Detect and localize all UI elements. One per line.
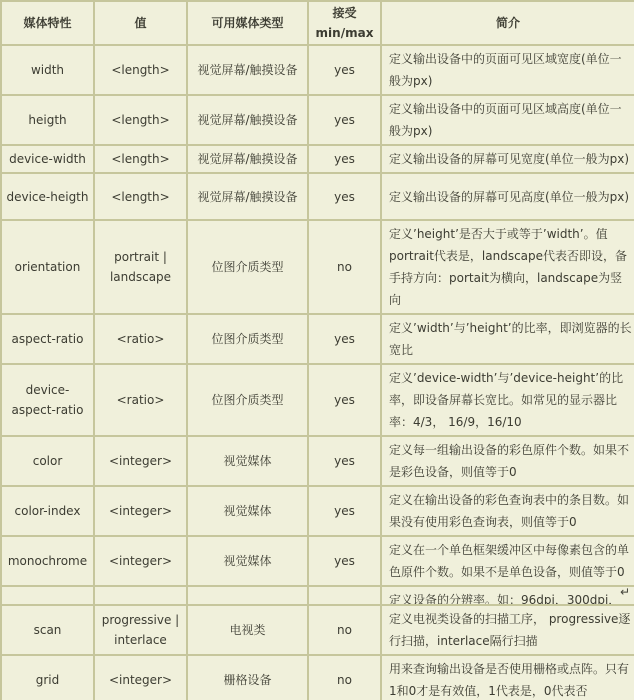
cell-description: 定义每一组输出设备的彩色原件个数。如果不是彩色设备，则值等于0 bbox=[381, 436, 634, 486]
cell-media-type: 位图介质类型 bbox=[187, 220, 308, 314]
cell-description: 定义输出设备的屏幕可见高度(单位一般为px) bbox=[381, 173, 634, 220]
column-header-value: 值 bbox=[94, 1, 187, 45]
cell-description: 定义输出设备中的页面可见区域宽度(单位一般为px) bbox=[381, 45, 634, 95]
media-features-table: 媒体特性 值 可用媒体类型 接受 min/max 简介 width <lengt… bbox=[0, 0, 634, 637]
cell-description: 定义’device-width’与’device-height’的比率，即设备屏… bbox=[381, 364, 634, 436]
cell-media-type: 视觉屏幕/触摸设备 bbox=[187, 173, 308, 220]
cell-media-type: 位图介质类型 bbox=[187, 364, 308, 436]
cell-minmax: yes bbox=[308, 436, 381, 486]
table-row: heigth <length> 视觉屏幕/触摸设备 yes 定义输出设备中的页面… bbox=[1, 95, 634, 145]
column-header-media-type: 可用媒体类型 bbox=[187, 1, 308, 45]
document-page: 媒体特性 值 可用媒体类型 接受 min/max 简介 width <lengt… bbox=[0, 0, 634, 700]
cell-minmax: yes bbox=[308, 364, 381, 436]
cell-value: <ratio> bbox=[94, 314, 187, 364]
table-row: width <length> 视觉屏幕/触摸设备 yes 定义输出设备中的页面可… bbox=[1, 45, 634, 95]
cell-description: 定义电视类设备的扫描工序， progressive逐行扫描，interlace隔… bbox=[381, 605, 634, 655]
cell-feature: grid bbox=[1, 655, 94, 700]
table-row: device-width <length> 视觉屏幕/触摸设备 yes 定义输出… bbox=[1, 145, 634, 173]
cell-feature: orientation bbox=[1, 220, 94, 314]
cell-media-type: 位图介质类型 bbox=[187, 314, 308, 364]
table-row: monochrome <integer> 视觉媒体 yes 定义在一个单色框架缓… bbox=[1, 536, 634, 586]
cell-minmax: yes bbox=[308, 314, 381, 364]
cell-feature: device-heigth bbox=[1, 173, 94, 220]
cell-minmax: yes bbox=[308, 536, 381, 586]
cell-minmax: no bbox=[308, 655, 381, 700]
cell-value: <length> bbox=[94, 145, 187, 173]
cell-feature: scan bbox=[1, 605, 94, 655]
column-header-minmax: 接受 min/max bbox=[308, 1, 381, 45]
cell-minmax: yes bbox=[308, 45, 381, 95]
cell-value: <integer> bbox=[94, 436, 187, 486]
cell-feature: device-width bbox=[1, 145, 94, 173]
cell-description: 定义输出设备中的页面可见区域高度(单位一般为px) bbox=[381, 95, 634, 145]
cell-value: <length> bbox=[94, 95, 187, 145]
cell-media-type: 视觉屏幕/触摸设备 bbox=[187, 95, 308, 145]
table-row: grid <integer> 栅格设备 no 用来查询输出设备是否使用栅格或点阵… bbox=[1, 655, 634, 700]
column-header-feature: 媒体特性 bbox=[1, 1, 94, 45]
cell-minmax: yes bbox=[308, 486, 381, 536]
cell-feature: monochrome bbox=[1, 536, 94, 586]
cell-value: <integer> bbox=[94, 536, 187, 586]
table-row: orientation portrait | landscape 位图介质类型 … bbox=[1, 220, 634, 314]
cell-media-type: 视觉屏幕/触摸设备 bbox=[187, 45, 308, 95]
cell-feature: width bbox=[1, 45, 94, 95]
table-row: aspect-ratio <ratio> 位图介质类型 yes 定义’width… bbox=[1, 314, 634, 364]
table-row: scan progressive | interlace 电视类 no 定义电视… bbox=[1, 605, 634, 655]
cell-feature: color bbox=[1, 436, 94, 486]
cell-media-type: 电视类 bbox=[187, 605, 308, 655]
cell-value: portrait | landscape bbox=[94, 220, 187, 314]
table-row: color <integer> 视觉媒体 yes 定义每一组输出设备的彩色原件个… bbox=[1, 436, 634, 486]
cell-feature: aspect-ratio bbox=[1, 314, 94, 364]
cell-minmax: yes bbox=[308, 173, 381, 220]
cell-feature: device-aspect-ratio bbox=[1, 364, 94, 436]
cell-media-type: 视觉媒体 bbox=[187, 436, 308, 486]
table-row: color-index <integer> 视觉媒体 yes 定义在输出设备的彩… bbox=[1, 486, 634, 536]
media-features-table-2: scan progressive | interlace 电视类 no 定义电视… bbox=[0, 604, 634, 700]
cell-minmax: yes bbox=[308, 145, 381, 173]
cell-media-type: 栅格设备 bbox=[187, 655, 308, 700]
paragraph-return-icon: ↵ bbox=[620, 586, 630, 598]
cell-value: <length> bbox=[94, 45, 187, 95]
cell-description: 定义’width’与’height’的比率，即浏览器的长宽比 bbox=[381, 314, 634, 364]
cell-description: 定义在输出设备的彩色查询表中的条目数。如果没有使用彩色查询表，则值等于0 bbox=[381, 486, 634, 536]
cell-media-type: 视觉媒体 bbox=[187, 536, 308, 586]
cell-description: 定义’height’是否大于或等于’width’。值portrait代表是，la… bbox=[381, 220, 634, 314]
column-header-description: 简介 bbox=[381, 1, 634, 45]
cell-value: <ratio> bbox=[94, 364, 187, 436]
cell-feature: color-index bbox=[1, 486, 94, 536]
cell-minmax: yes bbox=[308, 95, 381, 145]
cell-description: 定义在一个单色框架缓冲区中每像素包含的单色原件个数。如果不是单色设备，则值等于0 bbox=[381, 536, 634, 586]
table-header-row: 媒体特性 值 可用媒体类型 接受 min/max 简介 bbox=[1, 1, 634, 45]
cell-feature: heigth bbox=[1, 95, 94, 145]
cell-description: 定义输出设备的屏幕可见宽度(单位一般为px) bbox=[381, 145, 634, 173]
cell-minmax: no bbox=[308, 605, 381, 655]
cell-value: <integer> bbox=[94, 655, 187, 700]
table-row: device-heigth <length> 视觉屏幕/触摸设备 yes 定义输… bbox=[1, 173, 634, 220]
cell-value: progressive | interlace bbox=[94, 605, 187, 655]
table-row: device-aspect-ratio <ratio> 位图介质类型 yes 定… bbox=[1, 364, 634, 436]
cell-media-type: 视觉媒体 bbox=[187, 486, 308, 536]
cell-description: 用来查询输出设备是否使用栅格或点阵。只有1和0才是有效值，1代表是，0代表否 bbox=[381, 655, 634, 700]
cell-minmax: no bbox=[308, 220, 381, 314]
cell-value: <integer> bbox=[94, 486, 187, 536]
cell-value: <length> bbox=[94, 173, 187, 220]
cell-media-type: 视觉屏幕/触摸设备 bbox=[187, 145, 308, 173]
